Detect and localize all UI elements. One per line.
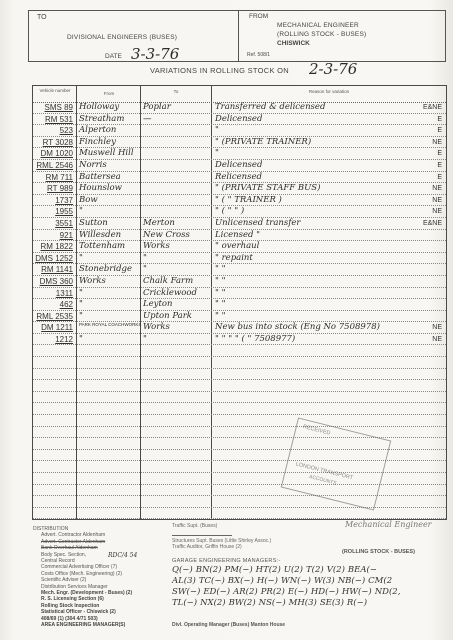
from-location: Works [79, 276, 139, 287]
document-page: TO DIVISIONAL ENGINEERS (BUSES) DATE 3-3… [0, 0, 453, 640]
to-location: " [143, 264, 209, 275]
table-row [33, 380, 446, 392]
from-location: Stonebridge [79, 264, 139, 275]
to-location: " [143, 334, 209, 345]
to-location [143, 172, 209, 183]
handwritten-note: RDC/4 54 [108, 552, 137, 559]
vehicle-number: DMS 1252 [34, 253, 75, 264]
table-row: 921WillesdenNew CrossLicensed " [33, 230, 446, 242]
middle-item: Traffic Auditor, Griffin House (2) [172, 544, 271, 550]
table-row: 1737Bow" ( " TRAINER )NE [33, 195, 446, 207]
from-location: " [79, 311, 139, 322]
table-row [33, 508, 446, 520]
garage-code: SW(−) [172, 587, 200, 598]
to-location: — [143, 114, 209, 125]
from-location [79, 450, 139, 461]
division-code [415, 450, 445, 461]
reason [215, 496, 415, 507]
signature: Mechanical Engineer [345, 520, 432, 529]
vehicle-number: RM 711 [34, 172, 75, 183]
vehicle-number [34, 438, 75, 449]
reason: Delicensed [215, 160, 415, 171]
reason: " ( " TRAINER ) [215, 195, 415, 206]
garage-code: HW(−) [342, 587, 372, 598]
table-row: RML 2546NorrisDelicensedE [33, 160, 446, 172]
vehicle-number: 3551 [34, 218, 75, 229]
table-row: RM 1141Stonebridge"" " [33, 264, 446, 276]
garage-code: BEA(− [348, 565, 377, 576]
to-location: Leyton [143, 299, 209, 310]
vehicle-number: 1311 [34, 288, 75, 299]
to-location [143, 148, 209, 159]
stamp-line-1: RECEIVED [302, 424, 331, 437]
table-row: 1311"Cricklewood" " [33, 288, 446, 300]
from-location [79, 427, 139, 438]
vehicle-number [34, 357, 75, 368]
garage-code: PR(2) [261, 587, 285, 598]
vehicle-number: RM 1141 [34, 264, 75, 275]
division-code [415, 311, 445, 322]
reason: " " " " ( " 7508977) [215, 334, 415, 345]
to-location: Poplar [143, 102, 209, 113]
garage-row: TL(−)NX(2)BW(2)NS(−)MH(3)SE(3)R(−) [172, 598, 403, 609]
division-code: E [415, 160, 445, 171]
to-location [143, 137, 209, 148]
vehicle-number: 462 [34, 299, 75, 310]
division-code [415, 438, 445, 449]
from-location [79, 438, 139, 449]
to-location: Works [143, 322, 209, 333]
garage-code: NS(−) [259, 598, 286, 609]
reason: " [215, 125, 415, 136]
table-row: SMS 89HollowayPoplarTransferred & delice… [33, 102, 446, 114]
from-location: Streatham [79, 114, 139, 125]
division-code: E [415, 125, 445, 136]
from-line-3: CHISWICK [277, 40, 310, 47]
reason: Transferred & delicensed [215, 102, 415, 113]
table-row: RM 531Streatham—DelicensedE [33, 114, 446, 126]
distribution-middle: Traffic Supt. (Buses) Structures Supt. B… [172, 523, 271, 550]
table-row [33, 496, 446, 508]
vehicle-number: RT 989 [34, 183, 75, 194]
garage-row: SW(−)ED(−)AR(2)PR(2)E(−)HD(−)HW(−)ND(2, [172, 587, 403, 598]
garage-code: ED(−) [203, 587, 230, 598]
from-location: Holloway [79, 102, 139, 113]
memo-header: TO DIVISIONAL ENGINEERS (BUSES) DATE 3-3… [28, 10, 446, 62]
reason: " " [215, 311, 415, 322]
to-location [143, 508, 209, 519]
garage-code: AR(2) [233, 587, 258, 598]
division-code [415, 392, 445, 403]
to-location: Merton [143, 218, 209, 229]
to-location [143, 450, 209, 461]
header-from: From [83, 91, 135, 96]
vehicle-number [34, 450, 75, 461]
reason: " (PRIVATE STAFF BUS) [215, 183, 415, 194]
from-location [79, 380, 139, 391]
garage-code: W(3) [314, 576, 335, 587]
from-location: Sutton [79, 218, 139, 229]
vehicle-number [34, 485, 75, 496]
table-row [33, 427, 446, 439]
vehicle-number: RML 2546 [34, 160, 75, 171]
garage-code: U(2) [284, 565, 303, 576]
division-code [415, 357, 445, 368]
to-location: Upton Park [143, 311, 209, 322]
to-location [143, 160, 209, 171]
reason: " " [215, 288, 415, 299]
from-location: Tottenham [79, 241, 139, 252]
from-location [79, 485, 139, 496]
from-location [79, 345, 139, 356]
reason: Unlicensed transfer [215, 218, 415, 229]
division-code [415, 496, 445, 507]
to-location: New Cross [143, 230, 209, 241]
header-divider [238, 11, 239, 61]
vehicle-number: 921 [34, 230, 75, 241]
division-code [415, 299, 445, 310]
division-code [415, 276, 445, 287]
to-location [143, 461, 209, 472]
to-location [143, 369, 209, 380]
garage-code: R(−) [347, 598, 367, 609]
garage-managers-grid: Q(−)BN(2)PM(−)HT(2)U(2)T(2)V(2)BEA(−AL(3… [172, 565, 403, 609]
to-location: Chalk Farm [143, 276, 209, 287]
garage-code: BN(2) [196, 565, 222, 576]
table-row [33, 473, 446, 485]
from-location: " [79, 299, 139, 310]
to-location [143, 415, 209, 426]
from-location [79, 357, 139, 368]
date-label: DATE [105, 53, 122, 60]
distribution-footer: Divl. Operating Manager (Buses) Manton H… [172, 622, 285, 628]
to-location [143, 183, 209, 194]
division-code [415, 345, 445, 356]
from-location [79, 461, 139, 472]
signature-title: (ROLLING STOCK - BUSES) [342, 549, 415, 555]
table-row [33, 415, 446, 427]
division-code [415, 380, 445, 391]
garage-code: WN(−) [281, 576, 311, 587]
vehicle-number [34, 427, 75, 438]
distribution-item: AREA ENGINEERING MANAGER(S) [33, 622, 132, 628]
from-location: Norris [79, 160, 139, 171]
division-code: NE [415, 334, 445, 345]
table-row [33, 345, 446, 357]
to-location [143, 380, 209, 391]
table-row: 3551SuttonMertonUnlicensed transferE&NE [33, 218, 446, 230]
division-code [415, 403, 445, 414]
to-location [143, 496, 209, 507]
table-row: DM 1020Muswell Hill"E [33, 148, 446, 160]
reason: " ( " " ) [215, 206, 415, 217]
table-row: DM 1211PARK ROYAL COACHWORKSWorksNew bus… [33, 322, 446, 334]
from-location: Bow [79, 195, 139, 206]
struck-line [172, 529, 232, 536]
from-location [79, 415, 139, 426]
garage-code: E(−) [288, 587, 308, 598]
vehicle-number: 1955 [34, 206, 75, 217]
from-location: Alperton [79, 125, 139, 136]
to-location [143, 125, 209, 136]
from-location [79, 473, 139, 484]
from-line-2: (ROLLING STOCK - BUSES) [277, 31, 366, 38]
division-code [415, 369, 445, 380]
reason: Relicensed [215, 172, 415, 183]
vehicle-number [34, 508, 75, 519]
division-code: E [415, 114, 445, 125]
vehicle-number: DM 1211 [34, 322, 75, 333]
garage-code: ND(2, [375, 587, 401, 598]
to-location [143, 473, 209, 484]
from-label: FROM [249, 13, 268, 20]
table-row: DMS 360WorksChalk Farm" " [33, 276, 446, 288]
reason: Delicensed [215, 114, 415, 125]
table-row [33, 369, 446, 381]
from-location: " [79, 334, 139, 345]
to-location: Works [143, 241, 209, 252]
garage-code: HD(−) [311, 587, 339, 598]
reference-number: Ref. 508/1 [247, 52, 270, 58]
to-location [143, 403, 209, 414]
garage-code: MH(3) [289, 598, 317, 609]
division-code: E&NE [415, 102, 445, 113]
reason [215, 380, 415, 391]
table-row: RT 3028Finchley" (PRIVATE TRAINER)NE [33, 137, 446, 149]
division-code [415, 288, 445, 299]
vehicle-number [34, 369, 75, 380]
from-location: " [79, 206, 139, 217]
table-row: 1212""" " " " ( " 7508977)NE [33, 334, 446, 346]
vehicle-number: DM 1020 [34, 148, 75, 159]
vehicle-number [34, 392, 75, 403]
division-code [415, 415, 445, 426]
reason: " overhaul [215, 241, 415, 252]
garage-code: H(−) [257, 576, 278, 587]
division-code [415, 427, 445, 438]
to-label: TO [37, 14, 47, 21]
vehicle-number: RML 2535 [34, 311, 75, 322]
garage-code: SE(3) [320, 598, 344, 609]
vehicle-number: 523 [34, 125, 75, 136]
garage-code: T(2) [306, 565, 324, 576]
table-row: RM 711BatterseaRelicensedE [33, 172, 446, 184]
from-line-1: MECHANICAL ENGINEER [277, 22, 359, 29]
table-row [33, 357, 446, 369]
division-code [415, 230, 445, 241]
garage-code: Q(−) [172, 565, 193, 576]
reason: " [215, 148, 415, 159]
division-code: NE [415, 195, 445, 206]
reason: " repaint [215, 253, 415, 264]
division-code [415, 473, 445, 484]
reason [215, 403, 415, 414]
division-code [415, 508, 445, 519]
vehicle-number: 1737 [34, 195, 75, 206]
date-value: 3-3-76 [131, 45, 179, 63]
to-recipient: DIVISIONAL ENGINEERS (BUSES) [67, 34, 177, 41]
from-location: PARK ROYAL COACHWORKS [79, 322, 139, 333]
garage-code: TL(−) [172, 598, 197, 609]
garage-code: PM(−) [224, 565, 252, 576]
variation-date: 2-3-76 [309, 60, 357, 78]
division-code: E [415, 148, 445, 159]
from-location: " [79, 253, 139, 264]
from-location: Battersea [79, 172, 139, 183]
division-code [415, 461, 445, 472]
from-location [79, 392, 139, 403]
garage-code: CM(2 [368, 576, 392, 587]
table-row: 523Alperton"E [33, 125, 446, 137]
to-location [143, 195, 209, 206]
garage-code: V(2) [327, 565, 345, 576]
to-location [143, 392, 209, 403]
vehicle-number [34, 473, 75, 484]
table-row: 462"Leyton" " [33, 299, 446, 311]
to-location [143, 357, 209, 368]
distribution-list: DISTRIBUTION Advert. Contractor Aldenham… [33, 526, 132, 629]
reason [215, 392, 415, 403]
reason: " " [215, 264, 415, 275]
table-row: RML 2535"Upton Park" " [33, 311, 446, 323]
header-to: To [145, 89, 207, 94]
division-code: NE [415, 183, 445, 194]
vehicle-number: SMS 89 [34, 102, 75, 113]
division-code: E&NE [415, 218, 445, 229]
reason: Licensed " [215, 230, 415, 241]
division-code [415, 241, 445, 252]
header-vehicle-number: Vehicle number [37, 88, 73, 93]
garage-row: Q(−)BN(2)PM(−)HT(2)U(2)T(2)V(2)BEA(− [172, 565, 403, 576]
table-row [33, 392, 446, 404]
reason [215, 357, 415, 368]
to-location [143, 427, 209, 438]
reason: " " [215, 276, 415, 287]
vehicle-number [34, 403, 75, 414]
reason [215, 508, 415, 519]
table-row: RM 1822TottenhamWorks" overhaul [33, 241, 446, 253]
to-location: Cricklewood [143, 288, 209, 299]
division-code: E [415, 172, 445, 183]
garage-code: HT(2) [256, 565, 281, 576]
garage-managers-title: GARAGE ENGINEERING MANAGERS:- [172, 558, 281, 564]
reason [215, 345, 415, 356]
garage-row: AL(3)TC(−)BX(−)H(−)WN(−)W(3)NB(−)CM(2 [172, 576, 403, 587]
table-row: RT 989Hounslow" (PRIVATE STAFF BUS)NE [33, 183, 446, 195]
from-location: Finchley [79, 137, 139, 148]
garage-code: NB(−) [338, 576, 365, 587]
from-location [79, 496, 139, 507]
table-row [33, 485, 446, 497]
from-location [79, 508, 139, 519]
reason: " " [215, 299, 415, 310]
table-row: 1955"" ( " " )NE [33, 206, 446, 218]
from-location: " [79, 288, 139, 299]
reason: " (PRIVATE TRAINER) [215, 137, 415, 148]
vehicle-number: DMS 360 [34, 276, 75, 287]
reason [215, 369, 415, 380]
from-location: Muswell Hill [79, 148, 139, 159]
division-code: NE [415, 206, 445, 217]
header-reason: Reason for variation [215, 89, 443, 94]
garage-code: AL(3) [172, 576, 196, 587]
vehicle-number [34, 415, 75, 426]
from-location: Willesden [79, 230, 139, 241]
table-row: DMS 1252""" repaint [33, 253, 446, 265]
garage-code: BX(−) [228, 576, 254, 587]
vehicle-number [34, 380, 75, 391]
to-location [143, 206, 209, 217]
vehicle-number: RM 1822 [34, 241, 75, 252]
table-row [33, 403, 446, 415]
to-location [143, 485, 209, 496]
vehicle-number: RT 3028 [34, 137, 75, 148]
division-code [415, 485, 445, 496]
vehicle-number [34, 461, 75, 472]
from-location [79, 369, 139, 380]
division-code: NE [415, 322, 445, 333]
to-location [143, 345, 209, 356]
garage-code: BW(2) [229, 598, 256, 609]
vehicle-number: RM 531 [34, 114, 75, 125]
to-location [143, 438, 209, 449]
division-code: NE [415, 137, 445, 148]
vehicle-number: 1212 [34, 334, 75, 345]
document-title: VARIATIONS IN ROLLING STOCK ON [150, 66, 289, 75]
from-location: Hounslow [79, 183, 139, 194]
table-header: Vehicle number From To Reason for variat… [33, 86, 446, 103]
from-location [79, 403, 139, 414]
garage-code: TC(−) [199, 576, 225, 587]
reason: New bus into stock (Eng No 7508978) [215, 322, 415, 333]
division-code [415, 264, 445, 275]
garage-code: NX(2) [200, 598, 226, 609]
vehicle-number [34, 496, 75, 507]
vehicle-number [34, 345, 75, 356]
division-code [415, 253, 445, 264]
to-location: " [143, 253, 209, 264]
